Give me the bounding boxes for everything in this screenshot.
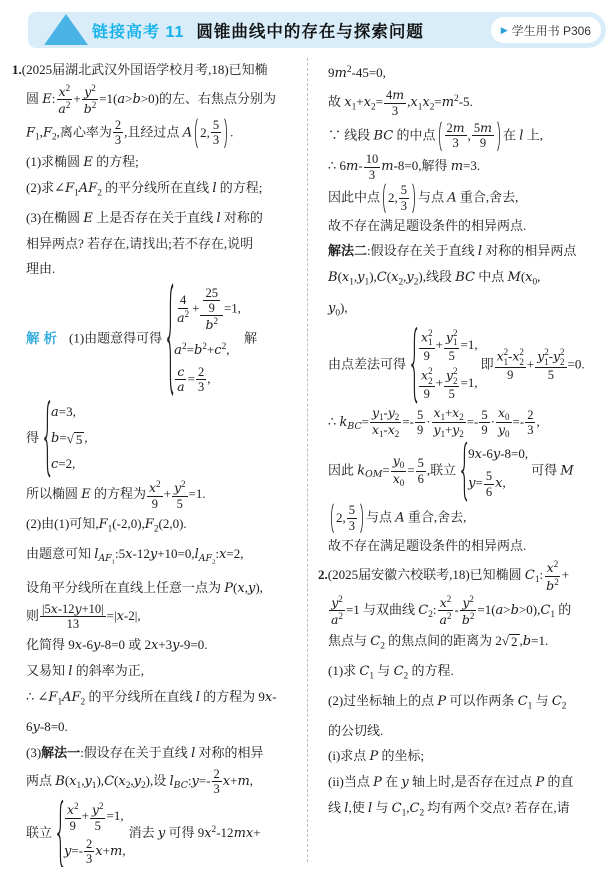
text-run: 2: [453, 376, 458, 386]
text-run: -8=0,: [500, 446, 528, 461]
text-run: ),: [340, 300, 348, 315]
text-line: 化简得 9x-6y-8=0 或 2x+3y-9=0.: [26, 633, 304, 658]
text-line: F1,F2,离心率为23,且经过点 A2,53.: [26, 118, 304, 150]
text-run: =: [187, 342, 194, 357]
denominator: 9: [415, 423, 425, 437]
numerator: x2: [147, 479, 163, 496]
fraction: 23: [212, 767, 222, 797]
subscript: 2: [453, 377, 458, 386]
text-line: (1)求椭圆 E 的方程;: [26, 150, 304, 175]
math-var: a: [177, 310, 184, 325]
math-var: x: [95, 844, 102, 859]
math-var: y: [537, 348, 544, 363]
math-var: a: [177, 379, 184, 394]
superscript: 2: [156, 479, 161, 489]
math-var: P: [370, 749, 379, 764]
superscript: 2: [554, 577, 559, 587]
fraction: 59: [479, 408, 489, 438]
text-line: (2)求∠F1AF2 的平分线所在直线 l 的方程;: [26, 176, 304, 205]
text-line: 解法二:假设存在关于直线 l 对称的相异两点: [328, 239, 606, 264]
math-var: x: [440, 595, 447, 610]
cases-row: a2=b2+c2,: [174, 337, 229, 361]
fraction: 259b2: [200, 286, 223, 333]
text-run: (2)过坐标轴上的点: [328, 693, 437, 708]
math-var: y: [84, 774, 91, 789]
text-run: 1: [453, 337, 458, 347]
text-run: 上是否存在关于直线: [93, 210, 217, 225]
text-run: 6: [418, 472, 424, 486]
text-run: 与点: [366, 509, 395, 524]
text-run: +: [356, 94, 363, 109]
cases-group: 9x-6y-8=0,y=56x,: [459, 441, 528, 502]
math-var: BC: [347, 421, 361, 432]
subscript: AF1: [98, 554, 115, 564]
denominator: 9: [207, 301, 217, 315]
text-run: 即: [481, 356, 494, 371]
text-run: ∴ 6: [328, 158, 346, 173]
denominator: 5: [447, 387, 457, 401]
text-run: ∴ ∠: [26, 689, 48, 704]
text-run: =: [407, 462, 414, 477]
text-run: 可得: [531, 462, 560, 477]
numerator: y21: [444, 329, 460, 349]
text-run: 的方程;: [93, 154, 139, 169]
text-run: |5: [42, 602, 51, 616]
text-run: 的公切线.: [328, 723, 383, 738]
subscript: 2: [459, 429, 464, 439]
math-var: y: [468, 476, 475, 491]
math-var: c: [177, 364, 184, 379]
math-var: y: [134, 774, 141, 789]
math-var: x: [525, 270, 532, 285]
text-run: 2: [198, 365, 204, 379]
text-run: 9: [507, 368, 513, 382]
text-run: :: [433, 602, 437, 617]
text-run: 5: [449, 387, 455, 401]
text-run: =: [362, 414, 369, 429]
numerator: x22: [419, 367, 435, 387]
text-run: 解析: [26, 331, 61, 346]
numerator: 2: [212, 767, 222, 782]
text-line: (3)在椭圆 E 上是否存在关于直线 l 对称的: [26, 206, 304, 231]
superscript: 2: [338, 594, 343, 604]
text-line: 所以椭圆 E 的方程为x29+y25=1.: [26, 479, 304, 511]
text-run: 2: [469, 594, 474, 604]
text-run: 2: [92, 100, 97, 110]
math-var: m: [451, 159, 463, 174]
numerator: 5: [415, 408, 425, 423]
text-run: 5: [349, 503, 355, 517]
math-var: B: [328, 270, 338, 285]
text-line: 1.(2025届湖北武汉外国语学校月考,18)已知椭: [26, 58, 304, 82]
text-run: 由题意可知: [26, 546, 94, 561]
text-run: =-: [402, 414, 414, 429]
text-line: 解析(1)由题意得可得4a2+259b2=1,a2=b2+c2,ca=23,解: [26, 282, 304, 397]
text-run: =1,: [106, 808, 123, 823]
text-run: 5: [95, 819, 101, 833]
book-ref-badge: ▶ 学生用书 P306: [491, 17, 601, 43]
text-line: 圆 E:x2a2+y2b2=1(a>b>0)的左、右焦点分别为: [26, 83, 304, 117]
text-run: (2)求∠: [26, 180, 65, 195]
fraction: |5x-12y+10|13: [40, 602, 106, 632]
text-run: 0: [505, 412, 510, 422]
superscript: 2: [92, 100, 97, 110]
subscript: AF2: [199, 554, 216, 564]
text-run: +10=0,: [157, 546, 194, 561]
math-var: k: [357, 463, 365, 478]
numerator: x21: [419, 329, 435, 349]
fraction: x2b2: [544, 559, 561, 593]
math-var: x: [388, 422, 395, 437]
text-run: (i)求点: [328, 748, 370, 763]
math-var: x: [372, 422, 379, 437]
text-run: .: [230, 124, 233, 139]
text-line: 联立x29+y25=1,y=-23x+m,消去 y 可得 9x2-12mx+: [26, 799, 304, 867]
text-run: ·: [491, 414, 495, 429]
text-run: 3: [401, 199, 407, 213]
text-run: 10: [366, 152, 379, 166]
denominator: a: [175, 380, 186, 394]
denominator: 6: [484, 485, 494, 499]
math-var: M: [508, 270, 521, 285]
math-var: x: [237, 581, 244, 596]
fraction: x29: [65, 801, 81, 833]
denominator: 9: [505, 368, 515, 382]
text-line: 相异两点? 若存在,请找出;若不存在,说明: [26, 232, 304, 256]
numerator: x2: [545, 559, 561, 576]
text-run: 两点: [26, 773, 55, 788]
text-run: 5: [449, 349, 455, 363]
numerator: y2: [172, 479, 188, 496]
text-run: 25: [205, 286, 218, 300]
text-run: =: [476, 475, 483, 490]
text-line: y0),: [328, 296, 606, 325]
text-line: 2.(2025届安徽六校联考,18)已知椭圆 C1:x2b2+: [328, 559, 606, 593]
text-run: 2,: [336, 506, 346, 530]
math-var: BC: [455, 270, 475, 285]
text-run: 的坐标;: [378, 748, 424, 763]
text-run: =2,: [226, 546, 243, 561]
text-run: 2: [459, 412, 464, 422]
text-run: 故不存在满足题设条件的相异两点.: [328, 218, 526, 233]
text-run: ,: [250, 773, 253, 788]
fraction: y225: [444, 367, 460, 401]
math-var: b: [511, 603, 519, 618]
denominator: a2: [175, 309, 191, 325]
math-var: x: [421, 329, 428, 344]
text-run: 9: [417, 423, 423, 437]
math-var: E: [83, 155, 93, 170]
sub-sup-stack: 22: [428, 367, 433, 386]
sub-sup-stack: 21: [453, 329, 458, 348]
text-run: 2: [395, 412, 400, 422]
radicand: 2: [509, 634, 520, 650]
numerator: y2: [82, 83, 98, 100]
subscript: BC: [174, 781, 188, 791]
superscript: 2: [469, 594, 474, 604]
fraction: x2a2: [438, 594, 454, 628]
denominator: 9: [478, 136, 488, 150]
text-run: +: [82, 808, 89, 823]
math-var: y: [388, 405, 395, 420]
numerator: 4: [178, 293, 188, 308]
text-run: 重合,舍去,: [405, 509, 467, 524]
numerator: 5: [484, 469, 494, 484]
text-line: (i)求点 P 的坐标;: [328, 744, 606, 769]
text-run: 可得 9: [165, 825, 204, 840]
paren-group: 2,53: [329, 503, 365, 534]
denominator: 5: [447, 349, 457, 363]
text-run: (3)在椭圆: [26, 210, 83, 225]
text-run: 2: [428, 376, 433, 386]
text-run: 在: [503, 127, 519, 142]
text-run: -2|,: [124, 608, 141, 623]
text-run: ,离心率为: [57, 124, 112, 139]
math-var: A: [183, 125, 192, 140]
text-run: 对称的相异两点: [482, 243, 576, 258]
sub-sup-stack: 22: [453, 367, 458, 386]
text-run: -45=0,: [352, 65, 386, 80]
text-run: =3.: [463, 158, 480, 173]
text-run: 2: [459, 429, 464, 439]
math-var: F: [145, 517, 154, 532]
math-var: C: [525, 568, 535, 583]
math-var: m: [453, 120, 465, 135]
text-run: 5: [548, 368, 554, 382]
text-run: ,: [537, 269, 540, 284]
sub-sup-stack: 21: [428, 329, 433, 348]
text-run: 因此中点: [328, 189, 380, 204]
text-run: 故: [328, 94, 344, 109]
denominator: a2: [438, 611, 454, 627]
text-run: 3: [86, 852, 92, 866]
denominator: 3: [196, 380, 206, 394]
numerator: 2: [525, 408, 535, 423]
text-run: =1,: [224, 300, 241, 315]
text-run: =: [376, 94, 383, 109]
math-var: y: [92, 802, 99, 817]
text-run: 2: [214, 767, 220, 781]
math-var: a: [117, 92, 125, 107]
text-line: 6y-8=0.: [26, 715, 304, 740]
text-run: 与: [372, 800, 392, 815]
numerator: 5: [347, 503, 357, 518]
fraction: 53: [399, 183, 409, 213]
radicand: 5: [74, 432, 85, 448]
numerator: 5: [211, 118, 221, 133]
math-var: x: [512, 348, 519, 363]
text-run: 的焦点间的距离为 2: [385, 633, 502, 648]
text-run: 又易知: [26, 663, 68, 678]
book-ref-arrow-icon: ▶: [501, 25, 508, 36]
cases-row: y=-23x+m,: [64, 837, 126, 867]
sqrt: √2: [502, 634, 520, 650]
math-var: x: [75, 638, 82, 653]
fraction: 23: [84, 837, 94, 867]
paren-group: 2,53: [381, 183, 417, 214]
text-run: 的方程为: [91, 486, 146, 501]
numerator: 2: [196, 365, 206, 380]
text-run: (2025届安徽六校联考,18)已知椭圆: [328, 567, 525, 582]
denominator: 3: [390, 104, 400, 118]
text-run: =1 与双曲线: [346, 602, 418, 617]
denominator: 9: [422, 387, 432, 401]
math-var: x: [547, 560, 554, 575]
text-run: 对称的相异: [195, 745, 263, 760]
logo-triangle-icon: [44, 14, 88, 45]
superscript: 2: [181, 479, 186, 489]
text-run: =: [434, 94, 441, 109]
text-run: ,且经过点: [124, 124, 183, 139]
text-run: +10|: [82, 602, 104, 616]
math-var: y: [553, 348, 560, 363]
book-ref-label: 学生用书 P306: [512, 22, 591, 39]
text-run: +: [527, 356, 534, 371]
text-run: 所以椭圆: [26, 486, 81, 501]
paren-content: 2m3,5m9: [443, 121, 496, 151]
text-run: 的方程.: [408, 663, 454, 678]
math-var: b: [84, 101, 92, 116]
math-var: y: [446, 368, 453, 383]
cases-row: x219+y215=1,: [418, 329, 478, 363]
paren-group: 2,53: [193, 118, 229, 149]
denominator: 3: [84, 852, 94, 866]
math-var: x: [125, 547, 132, 562]
math-var: C: [377, 270, 387, 285]
text-run: 故不存在满足题设条件的相异两点.: [328, 538, 526, 553]
numerator: 5m: [472, 121, 494, 136]
math-var: y: [434, 422, 441, 437]
paren-group: 2m3,5m9: [437, 121, 502, 152]
text-run: 的: [555, 602, 571, 617]
math-var: P: [373, 775, 382, 790]
text-line: (2)由(1)可知,F1(-2,0),F2(2,0).: [26, 512, 304, 541]
text-run: (2,0).: [158, 516, 186, 531]
text-run: ,: [536, 414, 539, 429]
fraction: x21-x229: [495, 348, 526, 382]
bold-text: 2.: [318, 567, 328, 582]
fraction: 56: [484, 469, 494, 499]
cases-row: x29+y25=1,: [64, 801, 124, 833]
cases-row: b=√5,: [51, 427, 88, 449]
text-run: ,: [468, 124, 471, 148]
denominator: 5: [546, 368, 556, 382]
text-run: 2: [156, 479, 161, 489]
math-var: y: [192, 774, 199, 789]
denominator: b2: [544, 577, 561, 593]
math-var: x: [117, 609, 124, 624]
math-var: P: [536, 775, 545, 790]
math-var: F: [26, 125, 35, 140]
text-run: :假设存在关于直线: [367, 243, 478, 258]
denominator: y1+y2: [432, 423, 466, 439]
text-run: 可以作两条: [446, 693, 518, 708]
cases-row: y=56x,: [468, 469, 506, 499]
text-run: 得: [26, 429, 39, 444]
text-run: 1: [428, 337, 433, 347]
math-var: BC: [174, 780, 188, 791]
text-run: 化简得 9: [26, 637, 75, 652]
fraction: x1+x2y1+y2: [432, 406, 466, 440]
cases-row: x229+y225=1,: [418, 367, 478, 401]
text-run: -9=0.: [180, 637, 208, 652]
numerator: x2: [438, 594, 454, 611]
text-run: 的直: [544, 774, 573, 789]
math-var: x: [434, 405, 441, 420]
math-var: y: [172, 638, 179, 653]
text-run: ,: [207, 371, 210, 386]
radical-sign: √: [502, 634, 509, 649]
math-var: m: [346, 159, 358, 174]
superscript: 2: [338, 611, 343, 621]
text-run: =-: [71, 843, 83, 858]
text-line: 由题意可知 lAF1:5x-12y+10=0,lAF2:x=2,: [26, 542, 304, 575]
text-run: >: [503, 602, 510, 617]
math-var: m: [237, 774, 249, 789]
text-run: 5: [213, 118, 219, 132]
denominator: 9: [479, 423, 489, 437]
solution-label: 解析: [26, 331, 61, 346]
text-run: -12: [216, 825, 233, 840]
math-var: x: [410, 95, 417, 110]
superscript: 2: [470, 611, 475, 621]
cases-row: c=2,: [51, 453, 75, 475]
text-line: y2a2=1 与双曲线 C2:x2a2-y2b2=1(a>b>0),C1 的: [328, 594, 606, 628]
math-var: C: [392, 801, 402, 816]
fraction: 5m9: [472, 121, 494, 151]
text-run: 解法一: [41, 745, 80, 760]
numerator: c: [175, 365, 186, 380]
math-var: C: [359, 664, 369, 679]
text-run: 解: [244, 331, 257, 346]
text-run: (1)求椭圆: [26, 154, 83, 169]
cases-row: 9x-6y-8=0,: [468, 443, 528, 465]
text-run: 9: [424, 387, 430, 401]
text-run: 圆: [26, 91, 42, 106]
text-run: ,使: [348, 800, 368, 815]
denominator: 3: [347, 519, 357, 533]
denominator: y0: [496, 423, 512, 439]
fraction: y2b2: [82, 83, 99, 117]
text-run: 2: [213, 316, 218, 326]
text-run: ),: [255, 580, 263, 595]
cases-rows: x219+y215=1,x229+y225=1,: [418, 327, 478, 404]
text-run: 2: [560, 357, 565, 367]
text-run: =1.: [189, 486, 206, 501]
numerator: |5x-12y+10|: [40, 602, 106, 617]
bold-text: 解法二: [328, 243, 367, 258]
text-run: -: [455, 602, 459, 617]
math-var: b: [546, 578, 554, 593]
fraction: y21-y225: [535, 348, 566, 382]
numerator: x0: [496, 406, 512, 423]
math-var: y: [372, 405, 379, 420]
text-run: (ii)当点: [328, 774, 373, 789]
paren-content: 2,53: [335, 503, 359, 533]
bold-text: 解法一: [41, 745, 80, 760]
subscript: 2: [395, 429, 400, 439]
numerator: 2: [84, 837, 94, 852]
sqrt: √5: [67, 432, 85, 448]
text-run: 3: [392, 104, 398, 118]
fraction: x219: [419, 329, 435, 363]
text-run: -6: [482, 446, 493, 461]
denominator: 3: [113, 133, 123, 147]
page: 链接高考 11 圆锥曲线中的存在与探索问题 ▶ 学生用书 P306 1.(202…: [0, 0, 614, 870]
text-line: (ii)当点 P 在 y 轴上时,是否存在过点 P 的直: [328, 770, 606, 795]
denominator: 3: [399, 199, 409, 213]
fraction: 103: [364, 152, 381, 182]
